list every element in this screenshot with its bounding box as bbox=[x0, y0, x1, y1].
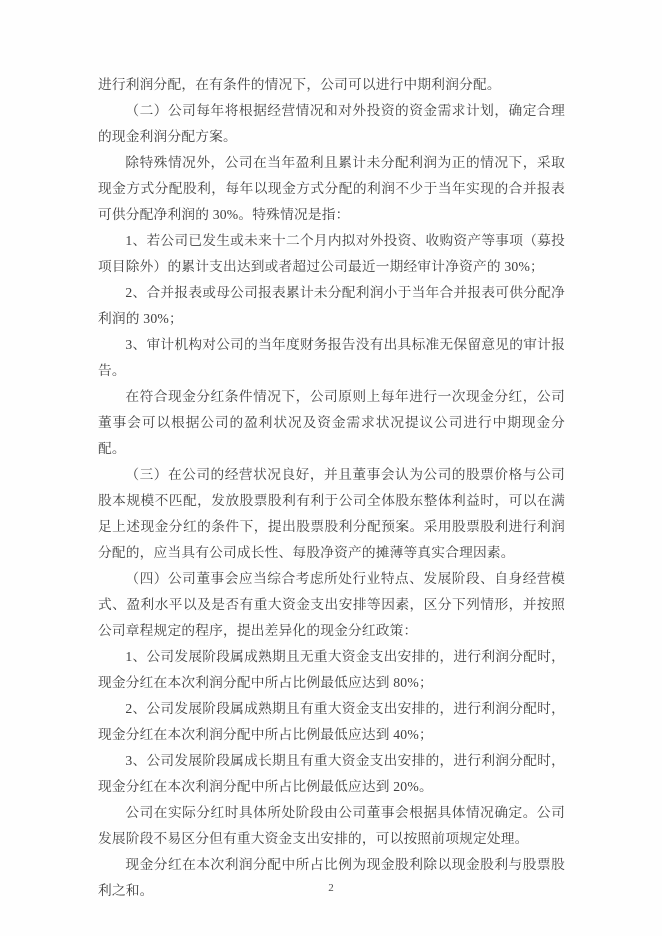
document-page: 进行利润分配，在有条件的情况下，公司可以进行中期利润分配。 （二）公司每年将根据… bbox=[0, 0, 662, 936]
paragraph: （四）公司董事会应当综合考虑所处行业特点、发展阶段、自身经营模式、盈利水平以及是… bbox=[98, 566, 565, 644]
paragraph: 公司在实际分红时具体所处阶段由公司董事会根据具体情况确定。公司发展阶段不易区分但… bbox=[98, 800, 565, 852]
paragraph: 进行利润分配，在有条件的情况下，公司可以进行中期利润分配。 bbox=[98, 72, 565, 98]
paragraph: 3、审计机构对公司的当年度财务报告没有出具标准无保留意见的审计报告。 bbox=[98, 332, 565, 384]
paragraph: 2、公司发展阶段属成熟期且有重大资金支出安排的，进行利润分配时，现金分红在本次利… bbox=[98, 696, 565, 748]
page-footer: 2 bbox=[0, 878, 662, 896]
paragraph: 在符合现金分红条件情况下，公司原则上每年进行一次现金分红，公司董事会可以根据公司… bbox=[98, 384, 565, 462]
paragraph: 1、若公司已发生或未来十二个月内拟对外投资、收购资产等事项（募投项目除外）的累计… bbox=[98, 228, 565, 280]
paragraph: 除特殊情况外，公司在当年盈利且累计未分配利润为正的情况下，采取现金方式分配股利，… bbox=[98, 150, 565, 228]
paragraph: 1、公司发展阶段属成熟期且无重大资金支出安排的，进行利润分配时，现金分红在本次利… bbox=[98, 644, 565, 696]
paragraph: 3、公司发展阶段属成长期且有重大资金支出安排的，进行利润分配时，现金分红在本次利… bbox=[98, 748, 565, 800]
paragraph: （三）在公司的经营状况良好，并且董事会认为公司的股票价格与公司股本规模不匹配，发… bbox=[98, 462, 565, 566]
paragraph: 2、合并报表或母公司报表累计未分配利润小于当年合并报表可供分配净利润的 30%； bbox=[98, 280, 565, 332]
document-body: 进行利润分配，在有条件的情况下，公司可以进行中期利润分配。 （二）公司每年将根据… bbox=[98, 72, 565, 904]
paragraph: （二）公司每年将根据经营情况和对外投资的资金需求计划，确定合理的现金利润分配方案… bbox=[98, 98, 565, 150]
page-number: 2 bbox=[328, 882, 334, 894]
